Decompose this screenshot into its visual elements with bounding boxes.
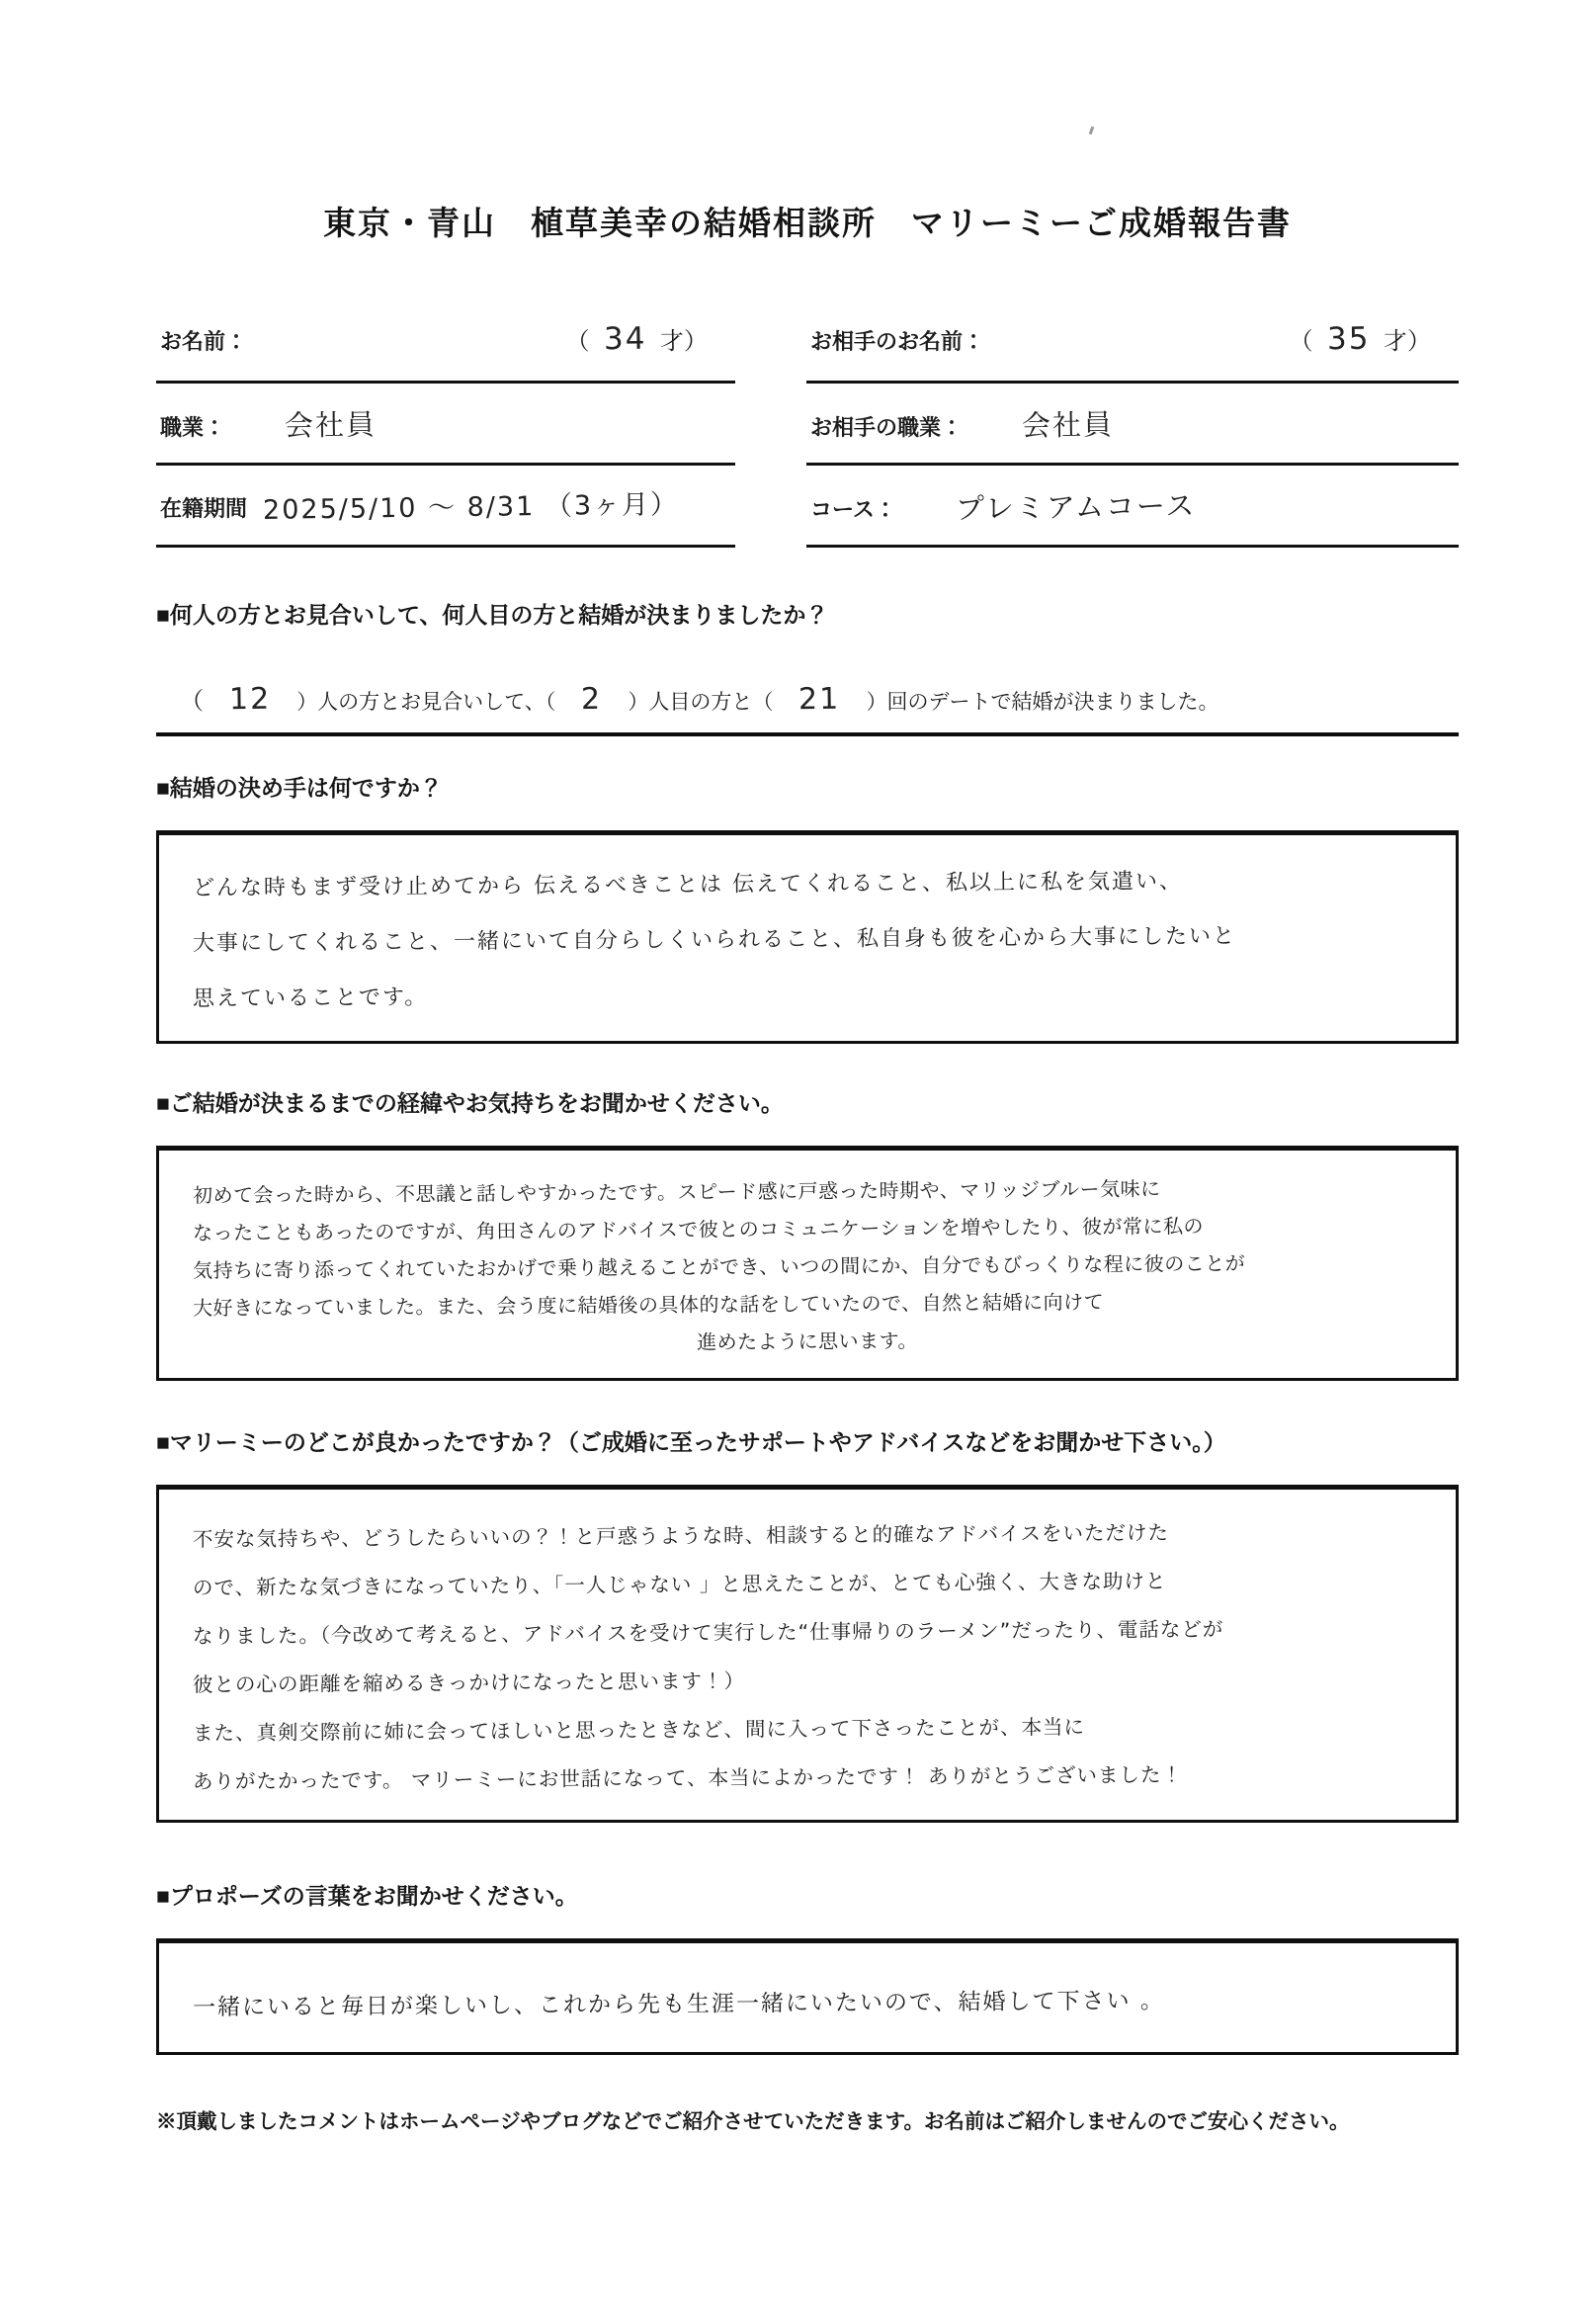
field-name: お名前： （ 34 才）: [156, 301, 735, 384]
handwritten-line: 不安な気持ちや、どうしたらいいの？！と戸惑うような時、相談すると的確なアドバイス…: [193, 1507, 1422, 1565]
handwritten-line: 思えていることです。: [193, 964, 1422, 1028]
handwritten-line: 進めたように思います。: [193, 1319, 1422, 1365]
name-age-group: （ 34 才）: [566, 321, 708, 357]
enrollment-value: 2025/5/10 ～ 8/31 （3ヶ月）: [263, 482, 680, 527]
omiai-answer-tail: ）回のデートで結婚が決まりました。: [867, 686, 1219, 716]
omiai-answer-line: （ 12 ）人の方とお見合いして、（ 2 ）人目の方と（ 21 ）回のデートで結…: [156, 681, 1459, 736]
question-marrymi-heading: ■マリーミーのどこが良かったですか？（ご成婚に至ったサポートやアドバイスなどをお…: [156, 1424, 1459, 1457]
marrymi-answer-box: 不安な気持ちや、どうしたらいいの？！と戸惑うような時、相談すると的確なアドバイス…: [156, 1485, 1459, 1823]
paren-open: （: [1290, 321, 1313, 356]
field-occupation: 職業： 会社員: [156, 384, 735, 466]
name-label: お名前：: [160, 325, 247, 356]
paren-close: 才）: [1384, 321, 1431, 356]
occupation-label: 職業：: [160, 411, 225, 442]
course-value: プレミアムコース: [956, 483, 1197, 527]
profile-form: お名前： （ 34 才） お相手のお名前： （ 35 才） 職業： 会社員: [156, 301, 1459, 548]
scanned-report-page: 東京・青山 植草美幸の結婚相談所 マリーミーご成婚報告書 お名前： （ 34 才…: [0, 0, 1596, 2312]
report-content: 東京・青山 植草美幸の結婚相談所 マリーミーご成婚報告書 お名前： （ 34 才…: [156, 0, 1459, 2134]
field-course: コース： プレミアムコース: [806, 466, 1459, 548]
partner-name-label: お相手のお名前：: [810, 325, 984, 356]
omiai-answer-seg1: ）人の方とお見合いして、（: [296, 686, 555, 716]
partner-occupation-label: お相手の職業：: [810, 411, 963, 442]
date-count-value: 21: [798, 682, 841, 718]
partner-age-group: （ 35 才）: [1290, 321, 1431, 357]
meet-count-value: 12: [229, 682, 272, 718]
paren-close: 才）: [660, 321, 708, 356]
paren-open: （: [180, 681, 204, 716]
handwritten-line: 彼との心の距離を縮めるきっかけになったと思います！）: [193, 1653, 1422, 1710]
question-process-heading: ■ご結婚が決まるまでの経緯やお気持ちをお聞かせください。: [156, 1085, 1459, 1118]
footer-note: ※頂戴しましたコメントはホームページやブログなどでご紹介させていただきます。お名…: [156, 2104, 1459, 2134]
handwritten-line: 大事にしてくれること、一緒にいて自分らしくいられること、私自身も彼を心から大事に…: [193, 908, 1422, 973]
question-propose-heading: ■プロポーズの言葉をお聞かせください。: [156, 1878, 1459, 1911]
paren-open: （: [566, 321, 590, 356]
field-enrollment: 在籍期間 2025/5/10 ～ 8/31 （3ヶ月）: [156, 466, 735, 548]
question-decision-heading: ■結婚の決め手は何ですか？: [156, 770, 1459, 803]
handwritten-line: どんな時もまず受け止めてから 伝えるべきことは 伝えてくれること、私以上に私を気…: [193, 853, 1422, 917]
field-partner-name: お相手のお名前： （ 35 才）: [806, 301, 1459, 384]
propose-answer-box: 一緒にいると毎日が楽しいし、これから先も生涯一緒にいたいので、結婚して下さい 。: [156, 1938, 1459, 2055]
page-title: 東京・青山 植草美幸の結婚相談所 マリーミーご成婚報告書: [156, 198, 1459, 244]
decision-answer-box: どんな時もまず受け止めてから 伝えるべきことは 伝えてくれること、私以上に私を気…: [156, 830, 1459, 1044]
enrollment-label: 在籍期間: [160, 492, 247, 523]
partner-age-value: 35: [1326, 321, 1370, 358]
handwritten-line: ありがたかったです。 マリーミーにお世話になって、本当によかったです！ ありがと…: [193, 1750, 1422, 1807]
occupation-value: 会社員: [285, 402, 378, 444]
handwritten-line: また、真剣交際前に姉に会ってほしいと思ったときなど、間に入って下さったことが、本…: [193, 1701, 1422, 1758]
omiai-answer-seg2: ）人目の方と（: [628, 686, 773, 716]
process-answer-box: 初めて会った時から、不思議と話しやすかったです。スピード感に戸惑った時期や、マリ…: [156, 1146, 1459, 1381]
course-label: コース：: [810, 493, 896, 524]
question-omiai-heading: ■何人の方とお見合いして、何人目の方と結婚が決まりましたか？: [156, 597, 1459, 630]
handwritten-line: 一緒にいると毎日が楽しいし、これから先も生涯一緒にいたいので、結婚して下さい 。: [193, 1985, 1422, 2023]
name-age-value: 34: [603, 321, 646, 358]
handwritten-line: ので、新たな気づきになっていたり、「一人じゃない 」と思えたことが、とても心強く…: [193, 1556, 1422, 1613]
handwritten-line: なりました。（今改めて考えると、アドバイスを受けて実行した“仕事帰りのラーメン”…: [193, 1604, 1422, 1662]
person-number-value: 2: [581, 682, 603, 717]
partner-occupation-value: 会社員: [1022, 402, 1115, 444]
field-partner-occupation: お相手の職業： 会社員: [806, 384, 1459, 466]
